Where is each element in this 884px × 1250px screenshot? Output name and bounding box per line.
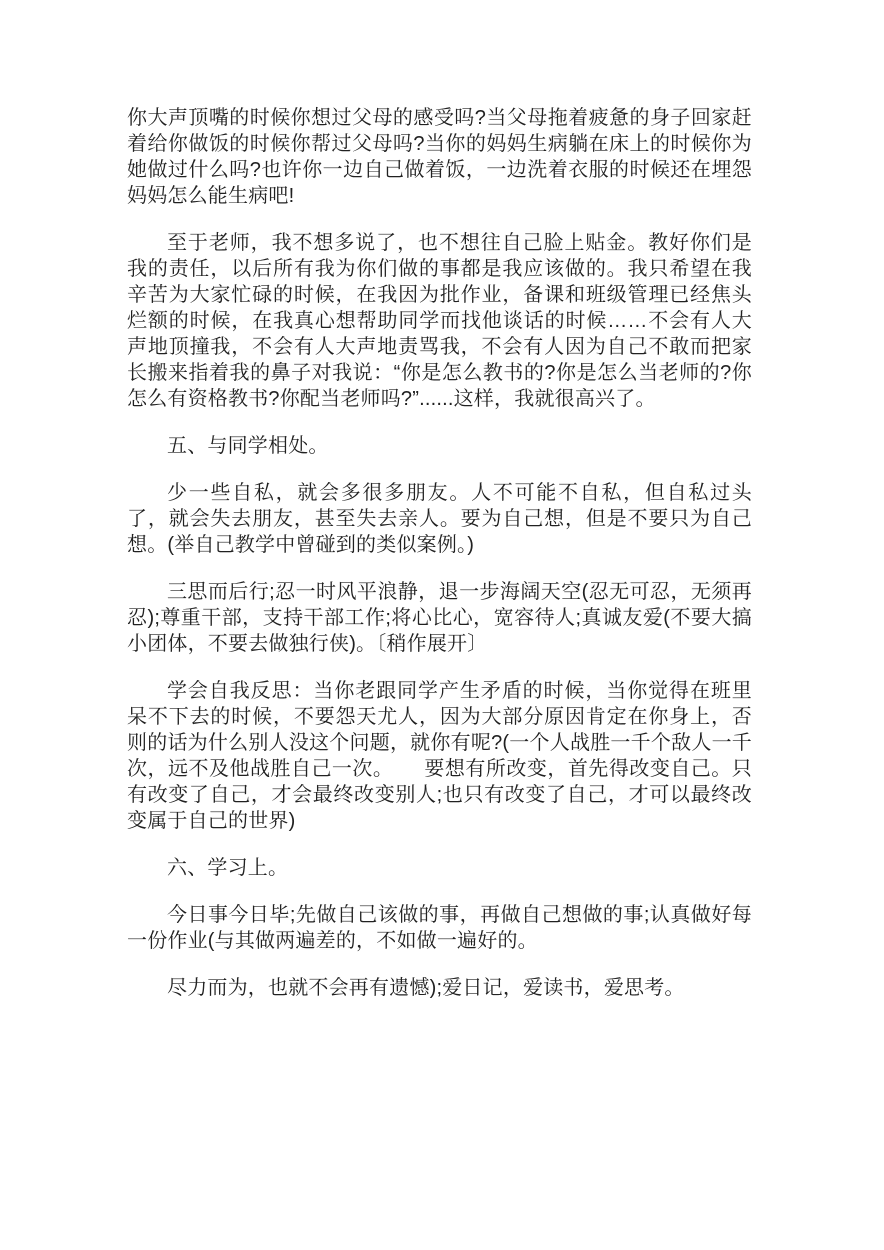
paragraph-selfishness: 少一些自私，就会多很多朋友。人不可能不自私，但自私过头了，就会失去朋友，甚至失去… xyxy=(127,480,752,558)
paragraph-teacher: 至于老师，我不想多说了，也不想往自己脸上贴金。教好你们是我的责任，以后所有我为你… xyxy=(127,230,752,412)
section-heading-5-classmates: 五、与同学相处。 xyxy=(127,433,752,459)
paragraph-parents: 你大声顶嘴的时候你想过父母的感受吗?当父母拖着疲惫的身子回家赶着给你做饭的时候你… xyxy=(127,105,752,209)
paragraph-self-reflection: 学会自我反思：当你老跟同学产生矛盾的时候，当你觉得在班里呆不下去的时候，不要怨天… xyxy=(127,678,752,834)
paragraph-today-tasks: 今日事今日毕;先做自己该做的事，再做自己想做的事;认真做好每一份作业(与其做两遍… xyxy=(127,902,752,954)
paragraph-think-before-act: 三思而后行;忍一时风平浪静，退一步海阔天空(忍无可忍，无须再忍);尊重干部，支持… xyxy=(127,579,752,657)
document-body: 你大声顶嘴的时候你想过父母的感受吗?当父母拖着疲惫的身子回家赶着给你做饭的时候你… xyxy=(127,105,752,1001)
paragraph-do-your-best: 尽力而为，也就不会再有遗憾);爱日记，爱读书，爱思考。 xyxy=(127,975,752,1001)
section-heading-6-study: 六、学习上。 xyxy=(127,855,752,881)
document-page: 你大声顶嘴的时候你想过父母的感受吗?当父母拖着疲惫的身子回家赶着给你做饭的时候你… xyxy=(0,0,884,1250)
